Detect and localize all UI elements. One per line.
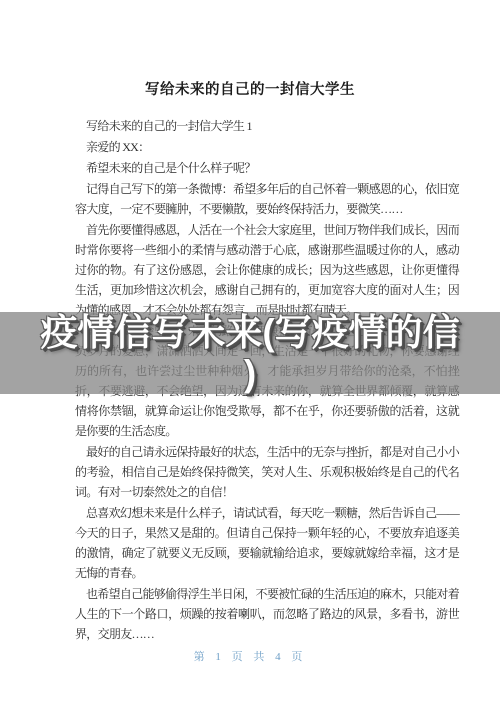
watermark-caption: 疫情信写未来(写疫情的信 ) bbox=[0, 312, 500, 394]
paragraph: 也希望自己能够偷得浮生半日闲，不要被忙碌的生活压迫的麻木，只能对着人生的下一个路… bbox=[75, 584, 459, 644]
paragraph: 写给未来的自己的一封信大学生 1 bbox=[75, 116, 459, 136]
paragraph: 最好的自己请永远保持最好的状态，生活中的无奈与挫折，都是对自己小小的考验，相信自… bbox=[75, 442, 459, 502]
watermark-caption-line2: ) bbox=[0, 353, 500, 394]
watermark-caption-line1: 疫情信写未来(写疫情的信 bbox=[0, 312, 500, 353]
paragraph: 亲爱的 XX： bbox=[75, 137, 459, 157]
paragraph: 希望未来的自己是个什么样子呢？ bbox=[75, 158, 459, 178]
document-title: 写给未来的自己的一封信大学生 bbox=[0, 78, 500, 99]
page-number-indicator: 第 1 页 共 4 页 bbox=[0, 648, 500, 664]
paragraph: 总喜欢幻想未来是什么样子，请试试看，每天吃一颗糖，然后告诉自己——今天的日子，果… bbox=[75, 503, 459, 583]
paragraph: 记得自己写下的第一条微博：希望多年后的自己怀着一颗感恩的心，依旧宽容大度，一定不… bbox=[75, 179, 459, 219]
document-page: 写给未来的自己的一封信大学生 写给未来的自己的一封信大学生 1亲爱的 XX：希望… bbox=[0, 0, 500, 706]
watermark-caption-band: 疫情信写未来(写疫情的信 ) bbox=[0, 312, 500, 394]
paragraph: 首先你要懂得感恩，人活在一个社会大家庭里，世间万物伴我们成长，因而时常你要将一些… bbox=[75, 220, 459, 320]
